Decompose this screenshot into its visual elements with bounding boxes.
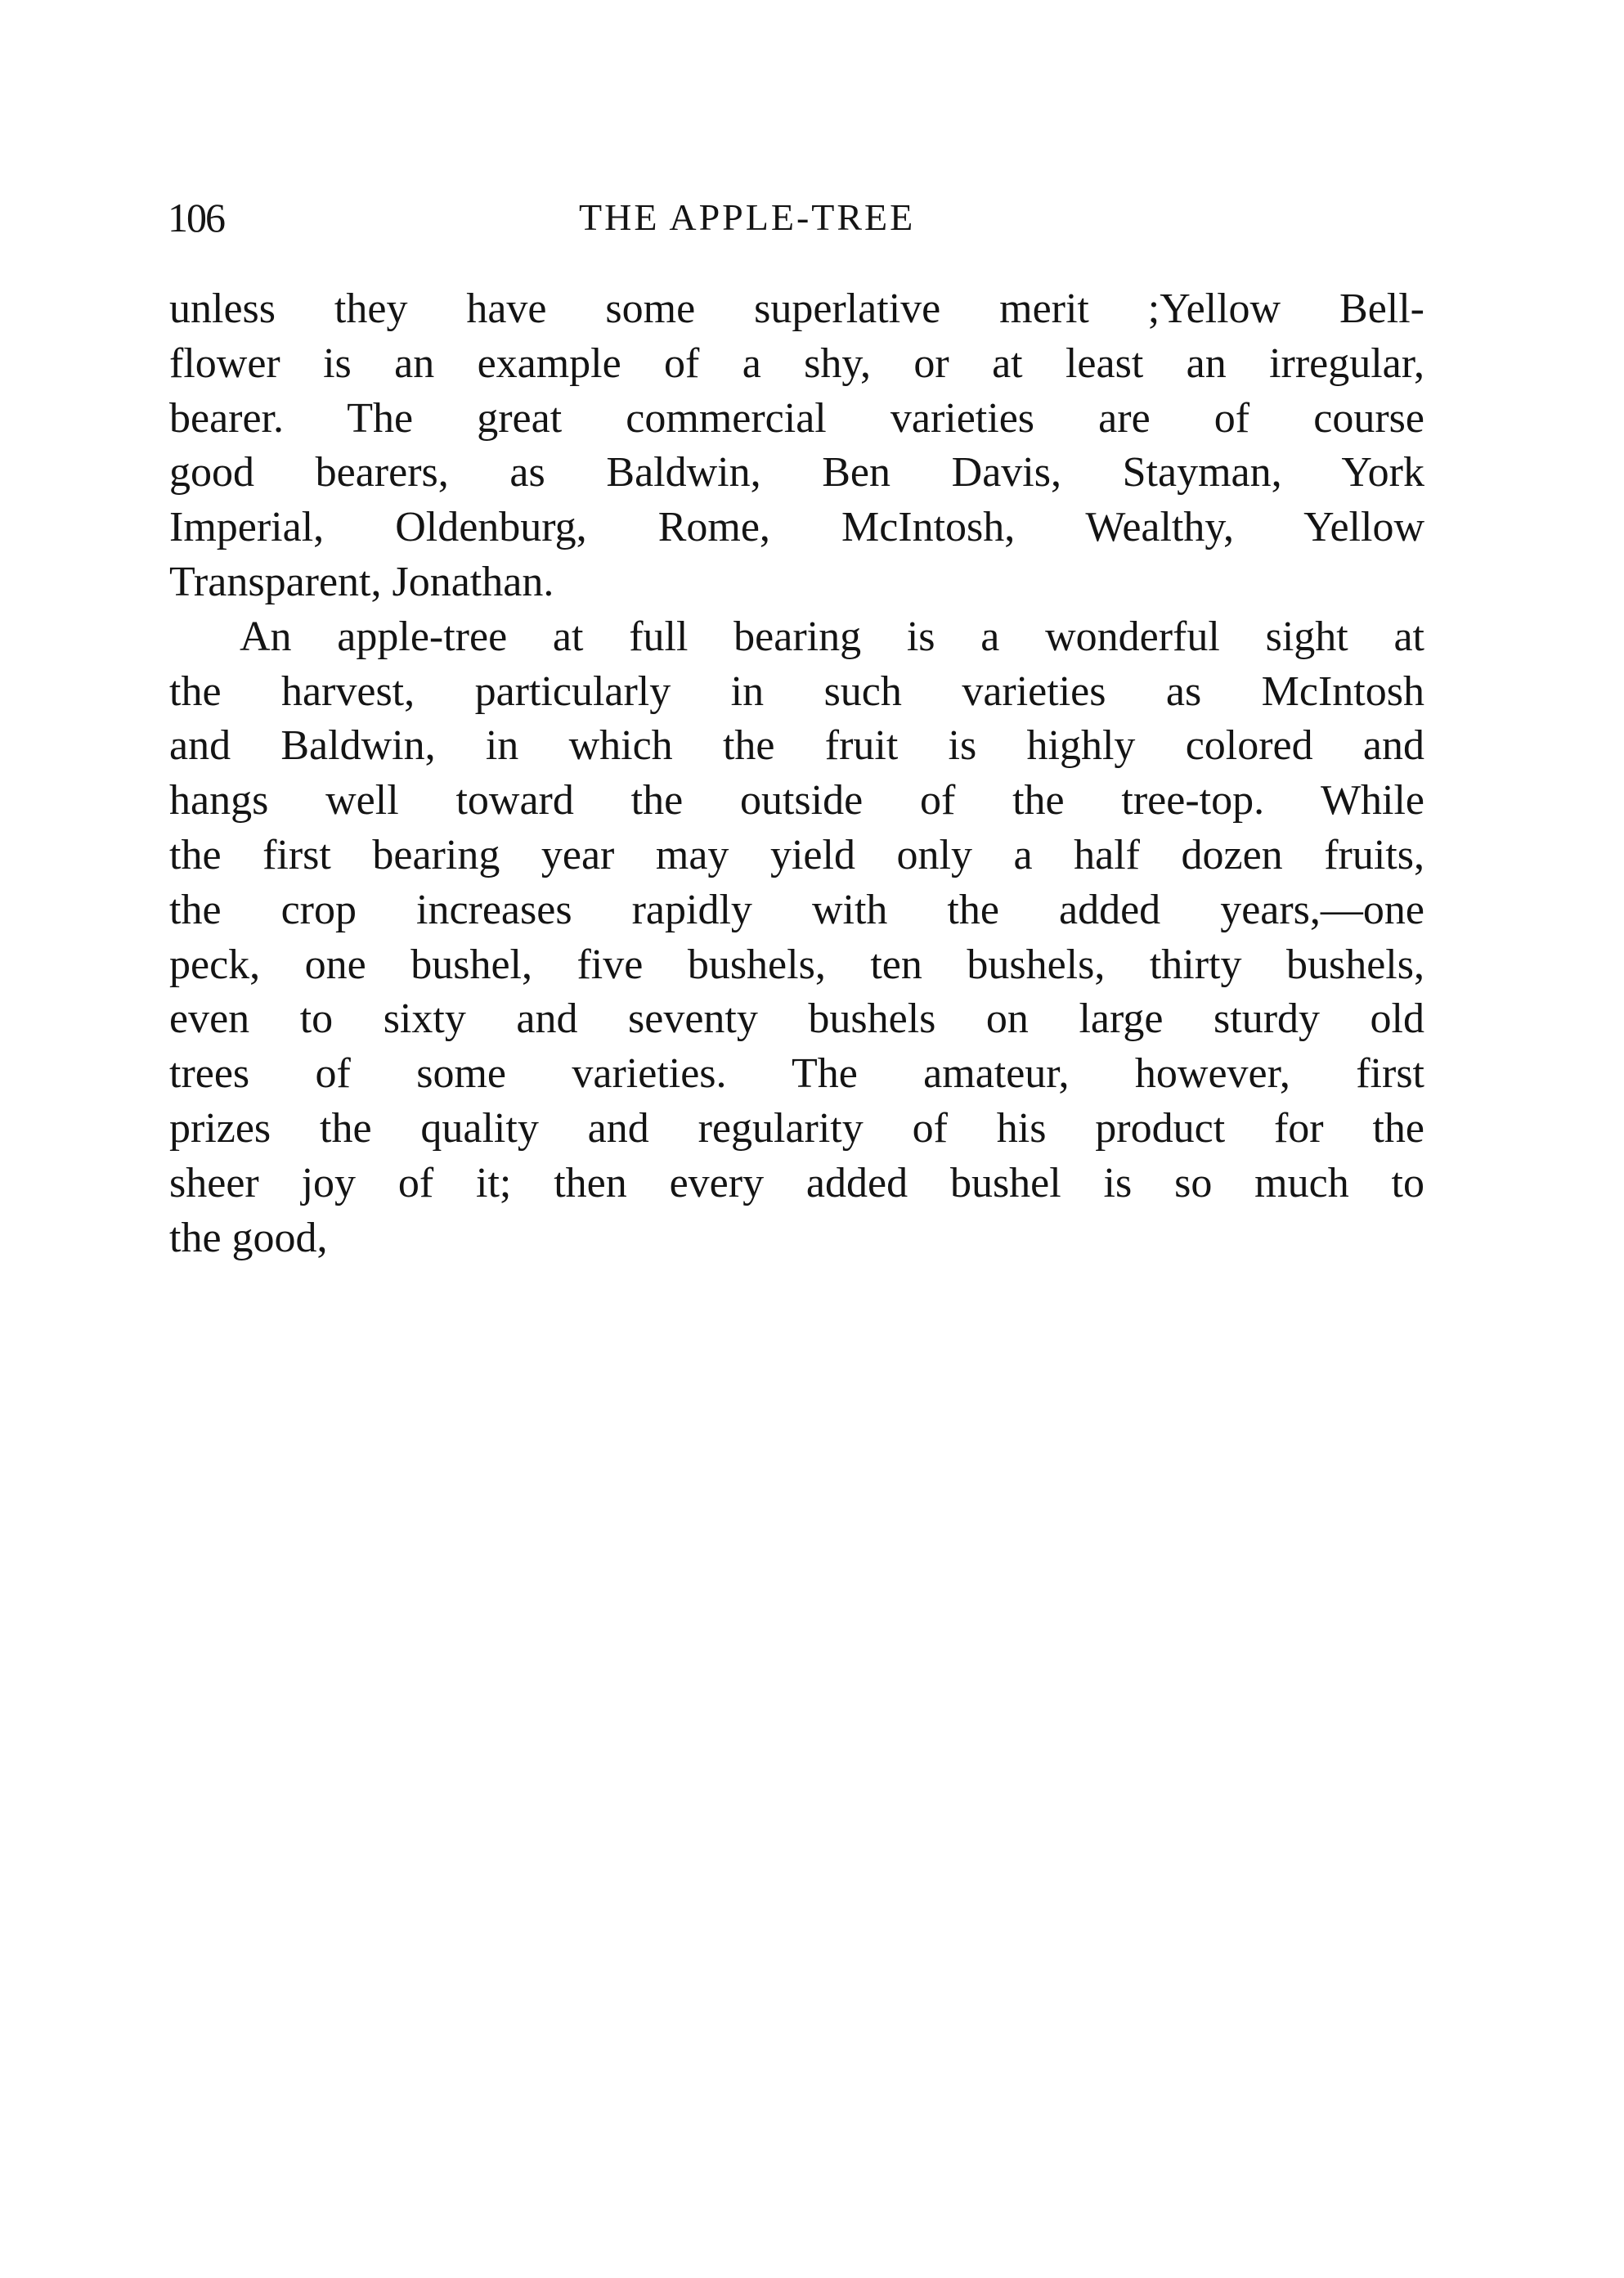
running-title: THE APPLE-TREE — [579, 195, 915, 240]
text-line: the good, — [169, 1211, 1424, 1266]
text-line: the crop increases rapidly with the adde… — [169, 883, 1424, 938]
body-text: unless they have some superlative merit … — [169, 282, 1424, 1265]
text-line: even to sixty and seventy bushels on lar… — [169, 992, 1424, 1047]
text-line: good bearers, as Baldwin, Ben Davis, Sta… — [169, 446, 1424, 501]
text-line: An apple-tree at full bearing is a wonde… — [169, 610, 1424, 665]
text-line: bearer. The great commercial varieties a… — [169, 392, 1424, 447]
text-line: Transparent, Jonathan. — [169, 555, 1424, 610]
text-line: prizes the quality and regularity of his… — [169, 1102, 1424, 1157]
text-line: flower is an example of a shy, or at lea… — [169, 337, 1424, 392]
text-line: trees of some varieties. The amateur, ho… — [169, 1047, 1424, 1102]
text-line: Imperial, Oldenburg, Rome, McIntosh, Wea… — [169, 501, 1424, 555]
text-line: peck, one bushel, five bushels, ten bush… — [169, 938, 1424, 993]
text-line: the harvest, particularly in such variet… — [169, 665, 1424, 720]
text-line: unless they have some superlative merit … — [169, 282, 1424, 337]
text-line: hangs well toward the outside of the tre… — [169, 774, 1424, 829]
paragraph-1: unless they have some superlative merit … — [169, 282, 1424, 610]
paragraph-2: An apple-tree at full bearing is a wonde… — [169, 610, 1424, 1266]
running-head: 106 THE APPLE-TREE — [0, 0, 1624, 245]
text-line: the first bearing year may yield only a … — [169, 829, 1424, 883]
page-number: 106 — [168, 195, 224, 240]
text-line: sheer joy of it; then every added bushel… — [169, 1157, 1424, 1211]
text-line: and Baldwin, in which the fruit is highl… — [169, 719, 1424, 774]
